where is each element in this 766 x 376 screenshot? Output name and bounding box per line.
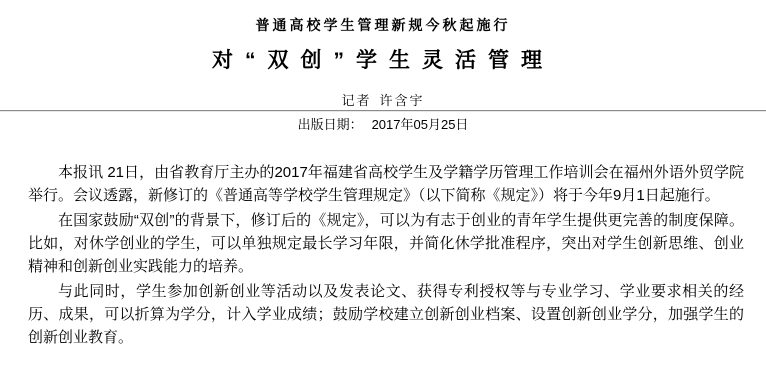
article-body: 本报讯 21日，由省教育厅主办的2017年福建省高校学生及学籍学历管理工作培训会… xyxy=(28,161,744,349)
article-paragraph: 本报讯 21日，由省教育厅主办的2017年福建省高校学生及学籍学历管理工作培训会… xyxy=(28,161,744,207)
article-page: 普通高校学生管理新规今秋起施行 对“双创”学生灵活管理 记者许含宇 出版日期：2… xyxy=(0,0,766,376)
article-header: 普通高校学生管理新规今秋起施行 对“双创”学生灵活管理 记者许含宇 出版日期：2… xyxy=(0,0,766,133)
byline-role-label: 记者 xyxy=(341,93,371,108)
article-paragraph: 在国家鼓励“双创”的背景下，修订后的《规定》，可以为有志于创业的青年学生提供更完… xyxy=(28,209,744,278)
header-divider xyxy=(0,110,766,112)
article-kicker: 普通高校学生管理新规今秋起施行 xyxy=(0,0,766,35)
byline-author-name: 许含宇 xyxy=(380,93,425,108)
article-paragraph: 与此同时，学生参加创新创业等活动以及发表论文、获得专利授权等与专业学习、学业要求… xyxy=(28,280,744,349)
publish-date-value: 2017年05月25日 xyxy=(372,117,469,132)
publish-date-row: 出版日期：2017年05月25日 xyxy=(0,114,766,133)
publish-date-label: 出版日期： xyxy=(298,117,363,132)
article-title: 对“双创”学生灵活管理 xyxy=(0,44,766,74)
byline: 记者许含宇 xyxy=(0,90,766,109)
